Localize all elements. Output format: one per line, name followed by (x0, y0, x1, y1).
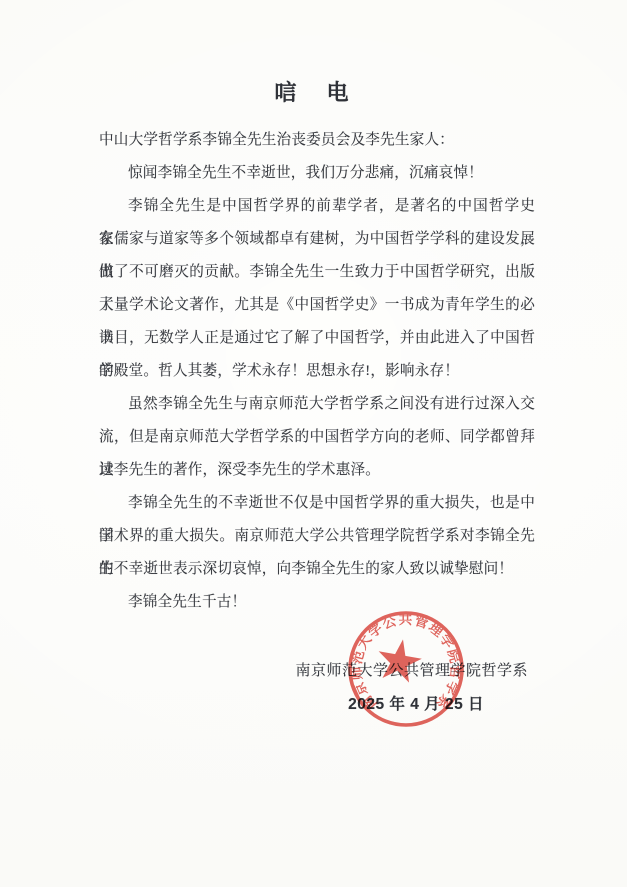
body-line: 流，但是南京师范大学哲学系的中国哲学方向的老师、同学都曾拜读 (99, 421, 535, 454)
body-line: 出了不可磨灭的贡献。李锦全先生一生致力于中国哲学研究，出版了 (99, 256, 535, 289)
body-line: 李锦全先生是中国哲学界的前辈学者，是著名的中国哲学史家， (99, 190, 535, 223)
closing-line: 李锦全先生千古！ (99, 586, 535, 619)
body-line: 李锦全先生的不幸逝世不仅是中国哲学界的重大损失，也是中国 (99, 487, 535, 520)
body-line: 在儒家与道家等多个领域都卓有建树，为中国哲学学科的建设发展做 (99, 223, 535, 256)
official-seal: 南京师范大学公共管理学院哲学系 (345, 608, 467, 730)
body-line: 学术界的重大损失。南京师范大学公共管理学院哲学系对李锦全先生 (99, 520, 535, 553)
letter-title: 唁 电 (0, 76, 627, 107)
body-line: 虽然李锦全先生与南京师范大学哲学系之间没有进行过深入交 (99, 388, 535, 421)
body-line: 的不幸逝世表示深切哀悼，向李锦全先生的家人致以诚挚慰问！ (99, 553, 535, 586)
body-line: 过李先生的著作，深受李先生的学术惠泽。 (99, 454, 535, 487)
letter-page: 唁 电 中山大学哲学系李锦全先生治丧委员会及李先生家人： 惊闻李锦全先生不幸逝世… (0, 0, 627, 887)
body-line: 书目，无数学人正是通过它了解了中国哲学，并由此进入了中国哲学 (99, 322, 535, 355)
body-line: 惊闻李锦全先生不幸逝世，我们万分悲痛，沉痛哀悼！ (99, 157, 535, 190)
letter-body: 中山大学哲学系李锦全先生治丧委员会及李先生家人： 惊闻李锦全先生不幸逝世，我们万… (99, 124, 535, 619)
salutation-line: 中山大学哲学系李锦全先生治丧委员会及李先生家人： (99, 124, 535, 157)
star-icon (374, 636, 424, 685)
body-line: 的殿堂。哲人其萎，学术永存！思想永存!，影响永存！ (99, 355, 535, 388)
body-line: 大量学术论文著作，尤其是《中国哲学史》一书成为青年学生的必读 (99, 289, 535, 322)
